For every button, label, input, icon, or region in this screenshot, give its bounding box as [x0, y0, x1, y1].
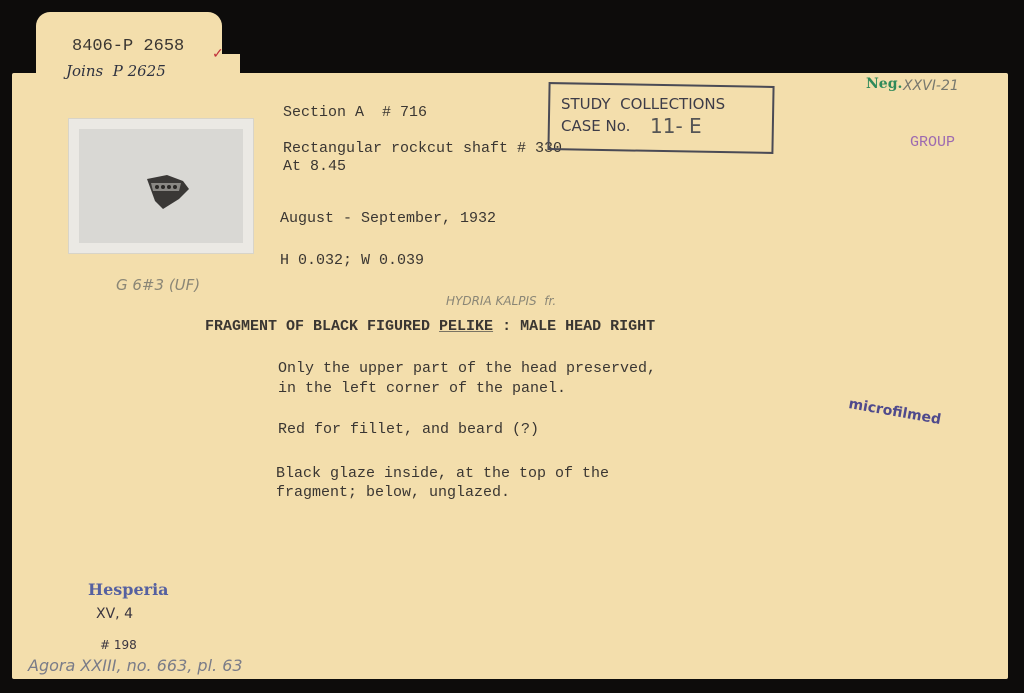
fragment-title: FRAGMENT OF BLACK FIGURED PELIKE : MALE …: [205, 318, 655, 336]
title-shape: PELIKE: [439, 318, 493, 335]
stamp-case-label: CASE No.: [561, 117, 630, 135]
agora-reference: Agora XXIII, no. 663, pl. 63: [28, 656, 243, 675]
title-prefix: FRAGMENT OF BLACK FIGURED: [205, 318, 439, 335]
group-label: GROUP: [910, 134, 955, 151]
negative-value: XXVI-21: [903, 78, 959, 94]
description-para1-line1: Only the upper part of the head preserve…: [278, 360, 656, 378]
deposit-line1: Rectangular rockcut shaft # 330: [283, 140, 562, 158]
description-para1-line2: in the left corner of the panel.: [278, 380, 566, 398]
title-subject: : MALE HEAD RIGHT: [493, 318, 655, 335]
description-para2: Red for fillet, and beard (?): [278, 421, 539, 439]
publication-number: # 198: [100, 638, 137, 652]
join-note: Joins P 2625: [66, 62, 166, 80]
publication-volume: XV, 4: [96, 606, 133, 622]
publication-journal: Hesperia: [88, 580, 169, 599]
negative-label: Neg.: [866, 76, 902, 92]
stamp-line1: STUDY COLLECTIONS: [561, 95, 725, 113]
section-number: Section A # 716: [283, 104, 427, 122]
excavation-date: August - September, 1932: [280, 210, 496, 228]
inventory-number: 8406-P 2658: [72, 38, 184, 56]
description-para3-line1: Black glaze inside, at the top of the: [276, 465, 609, 483]
deposit-line2: At 8.45: [283, 158, 346, 176]
description-para3-line2: fragment; below, unglazed.: [276, 484, 510, 502]
shape-correction: HYDRIA KALPIS fr.: [446, 294, 556, 308]
fragment-photo: [68, 118, 254, 254]
pottery-fragment-icon: [79, 129, 243, 243]
stamp-case-value: 11- E: [650, 114, 702, 138]
catalog-ref: G 6#3 (UF): [116, 276, 200, 294]
check-mark-icon: ✓: [212, 46, 224, 62]
dimensions: H 0.032; W 0.039: [280, 252, 424, 270]
photo-image: [79, 129, 243, 243]
